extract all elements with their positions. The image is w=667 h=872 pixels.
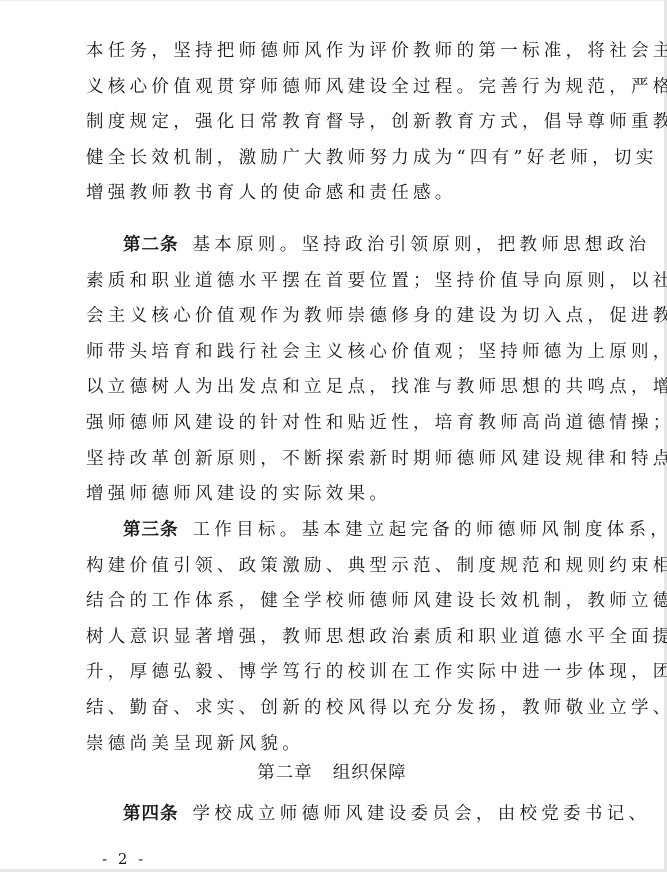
paragraph-line: 以立德树人为出发点和立足点，找准与教师思想的共鸣点，增	[86, 370, 576, 406]
article-first-line: 第四条学校成立师德师风建设委员会，由校党委书记、	[86, 797, 576, 833]
paragraph-line: 素质和职业道德水平摆在首要位置；坚持价值导向原则，以社	[86, 264, 576, 300]
paragraph-line: 强师德师风建设的针对性和贴近性，培育教师高尚道德情操；	[86, 406, 576, 442]
paragraph-line: 本任务，坚持把师德师风作为评价教师的第一标准，将社会主	[86, 34, 576, 70]
paragraph-line: 义核心价值观贯穿师德师风建设全过程。完善行为规范，严格	[86, 70, 576, 106]
article-2: 第二条基本原则。坚持政治引领原则，把教师思想政治 素质和职业道德水平摆在首要位置…	[86, 228, 576, 513]
document-page: 本任务，坚持把师德师风作为评价教师的第一标准，将社会主 义核心价值观贯穿师德师风…	[0, 0, 664, 869]
paragraph-line: 增强师德师风建设的实际效果。	[86, 477, 576, 513]
chapter-number: 第二章	[257, 763, 313, 783]
paragraph-line: 制度规定，强化日常教育督导，创新教育方式，倡导尊师重教，	[86, 105, 576, 141]
paragraph-line: 崇德尚美呈现新风貌。	[86, 727, 576, 763]
article-text: 学校成立师德师风建设委员会，由校党委书记、	[193, 804, 651, 824]
paragraph-line: 坚持改革创新原则，不断探索新时期师德师风建设规律和特点，	[86, 442, 576, 478]
paragraph-line: 增强教师教书育人的使命感和责任感。	[86, 176, 576, 212]
article-number: 第三条	[123, 520, 179, 540]
article-number: 第二条	[123, 235, 179, 255]
article-3: 第三条工作目标。基本建立起完备的师德师风制度体系， 构建价值引领、政策激励、典型…	[86, 513, 576, 762]
page-number: - 2 -	[102, 850, 146, 868]
article-number: 第四条	[123, 804, 179, 824]
paragraph-line: 师带头培育和践行社会主义核心价值观；坚持师德为上原则，	[86, 335, 576, 371]
paragraph-1: 本任务，坚持把师德师风作为评价教师的第一标准，将社会主 义核心价值观贯穿师德师风…	[86, 34, 576, 212]
chapter-title: 组织保障	[333, 763, 407, 783]
paragraph-line: 会主义核心价值观作为教师崇德修身的建设为切入点，促进教	[86, 299, 576, 335]
paragraph-line: 升，厚德弘毅、博学笃行的校训在工作实际中进一步体现，团	[86, 655, 576, 691]
article-first-line: 第三条工作目标。基本建立起完备的师德师风制度体系，	[86, 513, 576, 549]
paragraph-line: 结、勤奋、求实、创新的校风得以充分发扬，教师敬业立学、	[86, 691, 576, 727]
paragraph-line: 结合的工作体系，健全学校师德师风建设长效机制，教师立德	[86, 584, 576, 620]
article-4: 第四条学校成立师德师风建设委员会，由校党委书记、	[86, 797, 576, 833]
article-text: 工作目标。基本建立起完备的师德师风制度体系，	[193, 520, 667, 540]
chapter-heading: 第二章组织保障	[0, 759, 664, 784]
paragraph-line: 构建价值引领、政策激励、典型示范、制度规范和规则约束相	[86, 549, 576, 585]
article-first-line: 第二条基本原则。坚持政治引领原则，把教师思想政治	[86, 228, 576, 264]
paragraph-line: 树人意识显著增强，教师思想政治素质和职业道德水平全面提	[86, 620, 576, 656]
paragraph-line: 健全长效机制，激励广大教师努力成为“四有”好老师，切实	[86, 141, 576, 177]
article-text: 基本原则。坚持政治引领原则，把教师思想政治	[193, 235, 651, 255]
